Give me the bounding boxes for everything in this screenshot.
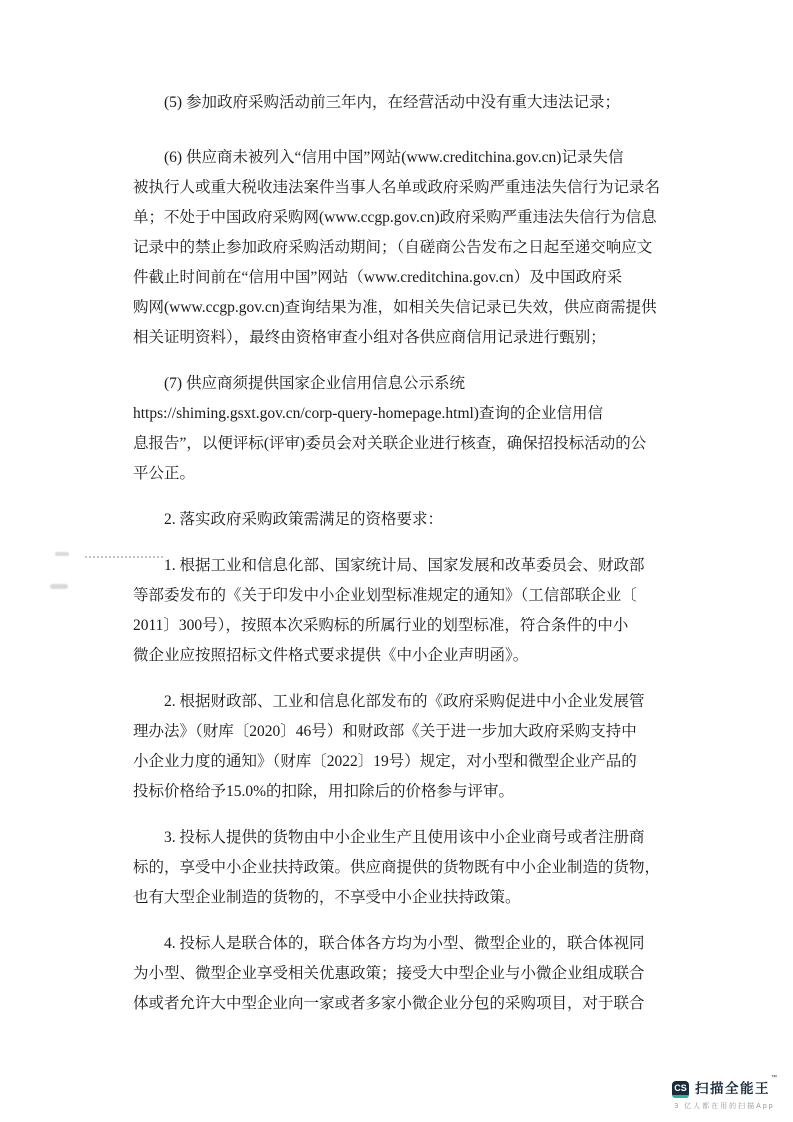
scan-artifact-smudge: [55, 552, 69, 556]
text-line: 被执行人或重大税收违法案件当事人名单或政府采购严重违法失信行为记录名: [133, 173, 667, 203]
text-line: 平公正。: [133, 459, 667, 489]
text-line: 标的，享受中小企业扶持政策。供应商提供的货物既有中小企业制造的货物，: [133, 853, 667, 883]
text-line: 3. 投标人提供的货物由中小企业生产且使用该中小企业商号或者注册商: [133, 823, 667, 853]
text-line: (6) 供应商未被列入“信用中国”网站(www.creditchina.gov.…: [133, 143, 667, 173]
scan-artifact-dashes: [85, 556, 163, 558]
scanned-document-page: (5) 参加政府采购活动前三年内，在经营活动中没有重大违法记录；(6) 供应商未…: [0, 0, 793, 1122]
text-line: 购网(www.ccgp.gov.cn)查询结果为准，如相关失信记录已失效，供应商…: [133, 293, 667, 323]
text-line: 相关证明资料），最终由资格审查小组对各供应商信用记录进行甄别；: [133, 323, 667, 353]
camscanner-tagline: 3 亿人都在用的扫描App: [674, 1103, 774, 1110]
camscanner-logo-icon: CS: [672, 1081, 689, 1098]
camscanner-badge-label: CS: [674, 1084, 687, 1093]
paragraph: 2. 落实政府采购政策需满足的资格要求：: [133, 505, 667, 535]
text-line: 小企业力度的通知》（财库〔2022〕19号）规定，对小型和微型企业产品的: [133, 747, 667, 777]
paragraph: (5) 参加政府采购活动前三年内，在经营活动中没有重大违法记录；: [133, 88, 667, 118]
text-line: 也有大型企业制造的货物的，不享受中小企业扶持政策。: [133, 883, 667, 913]
text-line: (7) 供应商须提供国家企业信用信息公示系统: [133, 369, 667, 399]
camscanner-watermark: CS 扫描全能王™ 3 亿人都在用的扫描App: [672, 1080, 777, 1110]
text-line: 件截止时间前在“信用中国”网站（www.creditchina.gov.cn）及…: [133, 263, 667, 293]
text-line: 体或者允许大中型企业向一家或者多家小微企业分包的采购项目，对于联合: [133, 989, 667, 1019]
text-line: 记录中的禁止参加政府采购活动期间；（自磋商公告发布之日起至递交响应文: [133, 233, 667, 263]
paragraph: 3. 投标人提供的货物由中小企业生产且使用该中小企业商号或者注册商标的，享受中小…: [133, 823, 667, 913]
document-body: (5) 参加政府采购活动前三年内，在经营活动中没有重大违法记录；(6) 供应商未…: [133, 88, 667, 1035]
text-line: 单；不处于中国政府采购网(www.ccgp.gov.cn)政府采购严重违法失信行…: [133, 203, 667, 233]
camscanner-app-name: 扫描全能王: [695, 1081, 770, 1096]
camscanner-badge-accent: [672, 1095, 689, 1098]
paragraph: 4. 投标人是联合体的，联合体各方均为小型、微型企业的，联合体视同为小型、微型企…: [133, 929, 667, 1019]
text-line: 2. 落实政府采购政策需满足的资格要求：: [133, 505, 667, 535]
text-line: 理办法》（财库〔2020〕46号）和财政部《关于进一步加大政府采购支持中: [133, 717, 667, 747]
text-line: 投标价格给予15.0%的扣除，用扣除后的价格参与评审。: [133, 777, 667, 807]
trademark-symbol: ™: [771, 1075, 777, 1081]
camscanner-brand: 扫描全能王™: [695, 1080, 777, 1098]
text-line: 2011〕300号），按照本次采购标的所属行业的划型标准，符合条件的中小: [133, 611, 667, 641]
paragraph: 2. 根据财政部、工业和信息化部发布的《政府采购促进中小企业发展管理办法》（财库…: [133, 687, 667, 807]
text-line: (5) 参加政府采购活动前三年内，在经营活动中没有重大违法记录；: [133, 88, 667, 118]
text-line: 息报告”，以便评标(评审)委员会对关联企业进行核查，确保招投标活动的公: [133, 429, 667, 459]
paragraph: (7) 供应商须提供国家企业信用信息公示系统https://shiming.gs…: [133, 369, 667, 489]
paragraph: (6) 供应商未被列入“信用中国”网站(www.creditchina.gov.…: [133, 143, 667, 353]
scan-artifact-smudge: [50, 584, 68, 589]
text-line: 2. 根据财政部、工业和信息化部发布的《政府采购促进中小企业发展管: [133, 687, 667, 717]
text-line: 1. 根据工业和信息化部、国家统计局、国家发展和改革委员会、财政部: [133, 551, 667, 581]
text-line: 为小型、微型企业享受相关优惠政策；接受大中型企业与小微企业组成联合: [133, 959, 667, 989]
paragraph: 1. 根据工业和信息化部、国家统计局、国家发展和改革委员会、财政部等部委发布的《…: [133, 551, 667, 671]
text-line: 等部委发布的《关于印发中小企业划型标准规定的通知》（工信部联企业〔: [133, 581, 667, 611]
text-line: 微企业应按照招标文件格式要求提供《中小企业声明函》。: [133, 641, 667, 671]
text-line: 4. 投标人是联合体的，联合体各方均为小型、微型企业的，联合体视同: [133, 929, 667, 959]
camscanner-brand-row: CS 扫描全能王™: [672, 1080, 777, 1098]
text-line: https://shiming.gsxt.gov.cn/corp-query-h…: [133, 399, 667, 429]
